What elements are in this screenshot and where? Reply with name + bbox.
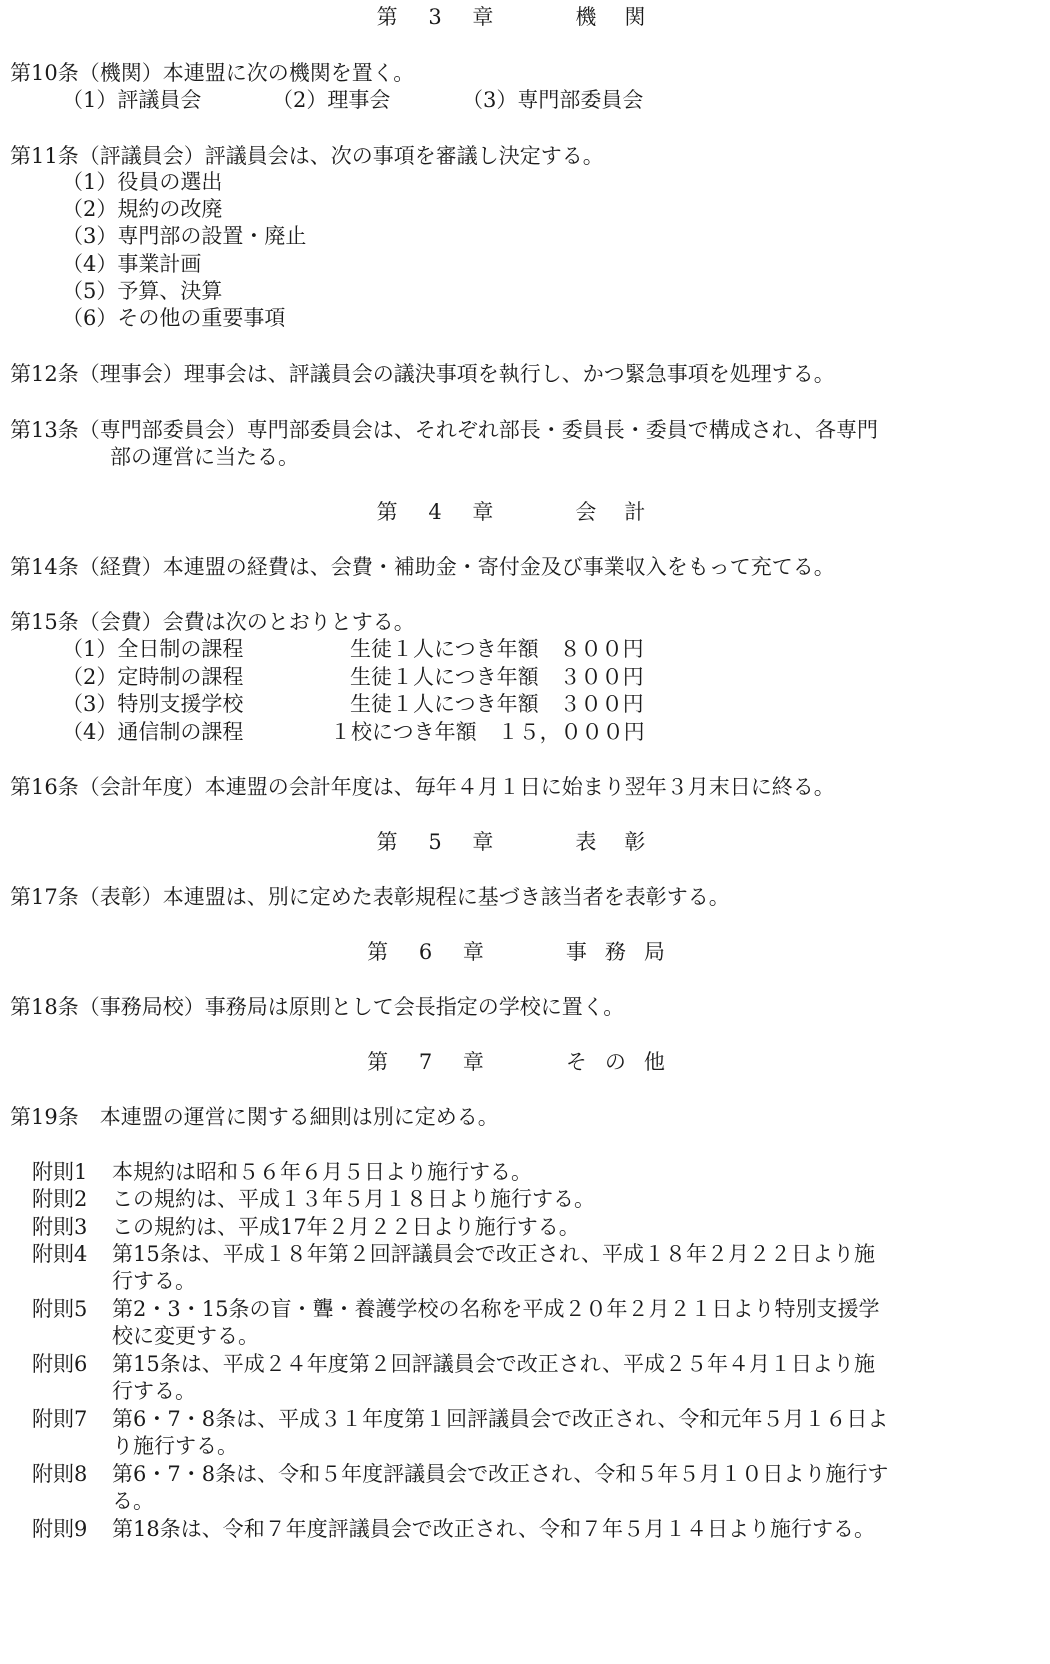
article-11: 第11条（評議員会）評議員会は、次の事項を審議し決定する。: [10, 143, 604, 170]
supplementary-label: 附則9: [32, 1516, 87, 1543]
supplementary-text: この規約は、平成17年２月２２日より施行する。: [112, 1214, 580, 1241]
supplementary-text: この規約は、平成１３年５月１８日より施行する。: [112, 1186, 595, 1213]
fee-label: （3）特別支援学校: [62, 691, 243, 718]
article-14: 第14条（経費）本連盟の経費は、会費・補助金・寄付金及び事業収入をもって充てる。: [10, 554, 835, 581]
chapter-6-heading: 第 6 章事務局: [0, 939, 1050, 966]
organ-item: （1）評議員会: [62, 87, 201, 114]
supplementary-label: 附則5: [32, 1296, 87, 1323]
list-item: （3）専門部の設置・廃止: [62, 223, 306, 250]
supplementary-2: 附則2 この規約は、平成１３年５月１８日より施行する。: [0, 1186, 1050, 1213]
organ-item: （3）専門部委員会: [462, 87, 643, 114]
supplementary-text: 行する。: [112, 1378, 196, 1405]
supplementary-5-continuation: 校に変更する。: [0, 1323, 1050, 1350]
supplementary-label: 附則1: [32, 1159, 87, 1186]
chapter-title: 機関: [575, 4, 673, 31]
article-12: 第12条（理事会）理事会は、評議員会の議決事項を執行し、かつ緊急事項を処理する。: [10, 361, 835, 388]
supplementary-6-continuation: 行する。: [0, 1378, 1050, 1405]
article-13-continuation: 部の運営に当たる。: [110, 444, 299, 471]
supplementary-text: 第15条は、平成１８年第２回評議員会で改正され、平成１８年２月２２日より施: [112, 1241, 875, 1268]
chapter-title: その他: [566, 1049, 683, 1076]
supplementary-label: 附則3: [32, 1214, 87, 1241]
supplementary-7: 附則7 第6・7・8条は、平成３１年度第１回評議員会で改正され、令和元年５月１６…: [0, 1406, 1050, 1433]
supplementary-8-continuation: る。: [0, 1488, 1050, 1515]
fee-row: （2）定時制の課程 生徒１人につき年額 ３００円: [62, 664, 762, 691]
supplementary-4: 附則4 第15条は、平成１８年第２回評議員会で改正され、平成１８年２月２２日より…: [0, 1241, 1050, 1268]
fee-row: （4）通信制の課程 １校につき年額 １５，０００円: [62, 719, 762, 746]
supplementary-5: 附則5 第2・3・15条の盲・聾・養護学校の名称を平成２０年２月２１日より特別支…: [0, 1296, 1050, 1323]
chapter-number: 第 4 章: [377, 499, 506, 526]
list-item: （5）予算、決算: [62, 278, 222, 305]
fee-amount: １校につき年額 １５，０００円: [330, 719, 645, 746]
article-10-organs: （1）評議員会 （2）理事会 （3）専門部委員会: [0, 87, 1050, 114]
chapter-title: 表彰: [575, 829, 673, 856]
chapter-number: 第 5 章: [377, 829, 506, 856]
article-13: 第13条（専門部委員会）専門部委員会は、それぞれ部長・委員長・委員で構成され、各…: [10, 417, 878, 444]
supplementary-text: 校に変更する。: [112, 1323, 259, 1350]
supplementary-text: 第15条は、平成２４年度第２回評議員会で改正され、平成２５年４月１日より施: [112, 1351, 875, 1378]
supplementary-text: 第2・3・15条の盲・聾・養護学校の名称を平成２０年２月２１日より特別支援学: [112, 1296, 879, 1323]
chapter-3-heading: 第 3 章機関: [0, 4, 1050, 31]
list-item: （2）規約の改廃: [62, 196, 222, 223]
article-17: 第17条（表彰）本連盟は、別に定めた表彰規程に基づき該当者を表彰する。: [10, 884, 730, 911]
organ-item: （2）理事会: [272, 87, 390, 114]
chapter-4-heading: 第 4 章会計: [0, 499, 1050, 526]
supplementary-6: 附則6 第15条は、平成２４年度第２回評議員会で改正され、平成２５年４月１日より…: [0, 1351, 1050, 1378]
list-item: （4）事業計画: [62, 251, 201, 278]
chapter-title: 事務局: [566, 939, 683, 966]
supplementary-label: 附則8: [32, 1461, 87, 1488]
fee-amount: 生徒１人につき年額 ８００円: [350, 636, 644, 663]
supplementary-text: 第6・7・8条は、平成３１年度第１回評議員会で改正され、令和元年５月１６日よ: [112, 1406, 888, 1433]
supplementary-8: 附則8 第6・7・8条は、令和５年度評議員会で改正され、令和５年５月１０日より施…: [0, 1461, 1050, 1488]
chapter-number: 第 6 章: [367, 939, 496, 966]
chapter-5-heading: 第 5 章表彰: [0, 829, 1050, 856]
fee-label: （2）定時制の課程: [62, 664, 243, 691]
fee-label: （1）全日制の課程: [62, 636, 243, 663]
article-19: 第19条 本連盟の運営に関する細則は別に定める。: [10, 1104, 499, 1131]
supplementary-text: 第6・7・8条は、令和５年度評議員会で改正され、令和５年５月１０日より施行す: [112, 1461, 888, 1488]
supplementary-9: 附則9 第18条は、令和７年度評議員会で改正され、令和７年５月１４日より施行する…: [0, 1516, 1050, 1543]
article-10: 第10条（機関）本連盟に次の機関を置く。: [10, 60, 414, 87]
chapter-number: 第 3 章: [377, 4, 506, 31]
supplementary-1: 附則1 本規約は昭和５６年６月５日より施行する。: [0, 1159, 1050, 1186]
supplementary-text: る。: [112, 1488, 154, 1515]
fee-row: （3）特別支援学校 生徒１人につき年額 ３００円: [62, 691, 762, 718]
chapter-7-heading: 第 7 章その他: [0, 1049, 1050, 1076]
fee-amount: 生徒１人につき年額 ３００円: [350, 664, 644, 691]
list-item: （6）その他の重要事項: [62, 305, 285, 332]
supplementary-text: 第18条は、令和７年度評議員会で改正され、令和７年５月１４日より施行する。: [112, 1516, 875, 1543]
chapter-number: 第 7 章: [367, 1049, 496, 1076]
article-15: 第15条（会費）会費は次のとおりとする。: [10, 609, 415, 636]
fee-amount: 生徒１人につき年額 ３００円: [350, 691, 644, 718]
supplementary-3: 附則3 この規約は、平成17年２月２２日より施行する。: [0, 1214, 1050, 1241]
article-18: 第18条（事務局校）事務局は原則として会長指定の学校に置く。: [10, 994, 624, 1021]
supplementary-7-continuation: り施行する。: [0, 1433, 1050, 1460]
fee-label: （4）通信制の課程: [62, 719, 243, 746]
supplementary-label: 附則4: [32, 1241, 87, 1268]
supplementary-label: 附則2: [32, 1186, 87, 1213]
supplementary-text: 行する。: [112, 1268, 196, 1295]
supplementary-label: 附則7: [32, 1406, 87, 1433]
supplementary-text: 本規約は昭和５６年６月５日より施行する。: [112, 1159, 532, 1186]
fee-row: （1）全日制の課程 生徒１人につき年額 ８００円: [62, 636, 762, 663]
supplementary-label: 附則6: [32, 1351, 87, 1378]
list-item: （1）役員の選出: [62, 169, 222, 196]
supplementary-text: り施行する。: [112, 1433, 238, 1460]
article-16: 第16条（会計年度）本連盟の会計年度は、毎年４月１日に始まり翌年３月末日に終る。: [10, 774, 835, 801]
supplementary-4-continuation: 行する。: [0, 1268, 1050, 1295]
chapter-title: 会計: [575, 499, 673, 526]
